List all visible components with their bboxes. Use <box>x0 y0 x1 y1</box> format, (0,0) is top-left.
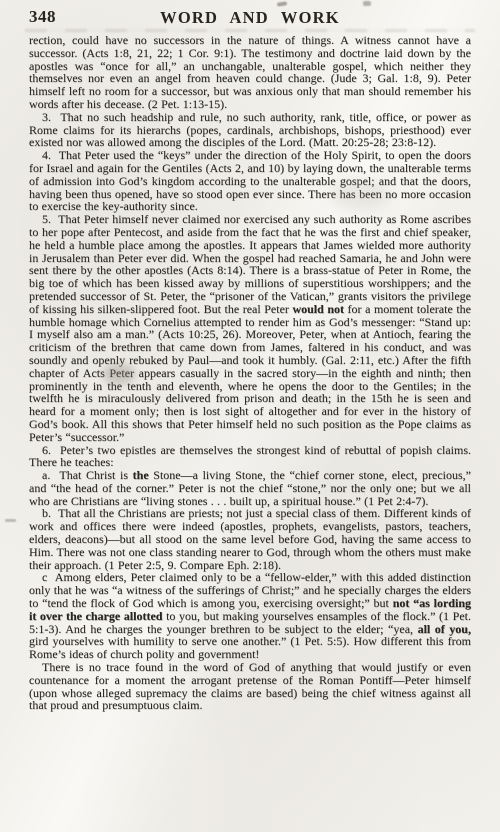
scan-speck <box>277 1 287 6</box>
paragraph-item-4: 4. That Peter used the “keys” under the … <box>29 149 471 213</box>
paragraph-item-6: 6. Peter’s two epistles are themselves t… <box>29 444 471 470</box>
paragraph-closing: There is no trace found in the word of G… <box>29 661 471 712</box>
scan-margin-mark <box>5 519 16 522</box>
scan-speck <box>363 1 371 6</box>
paragraph-continuation: rection, could have no successors in the… <box>29 34 471 111</box>
paragraph-item-5: 5. That Peter himself never claimed nor … <box>29 213 471 443</box>
paragraph-item-c: c Among elders, Peter claimed only to be… <box>29 571 471 661</box>
paragraph-item-b: b. That all the Christians are priests; … <box>29 507 471 571</box>
scanned-page: 348 WORD AND WORK rection, could have no… <box>0 0 500 832</box>
page-header: 348 WORD AND WORK <box>29 7 471 29</box>
scan-streak <box>25 29 475 32</box>
article-body: rection, could have no successors in the… <box>29 34 471 712</box>
paragraph-item-3: 3. That no such headship and rule, no su… <box>29 111 471 149</box>
paragraph-item-a: a. That Christ is the Stone—a living Sto… <box>29 469 471 507</box>
journal-title: WORD AND WORK <box>29 8 471 28</box>
